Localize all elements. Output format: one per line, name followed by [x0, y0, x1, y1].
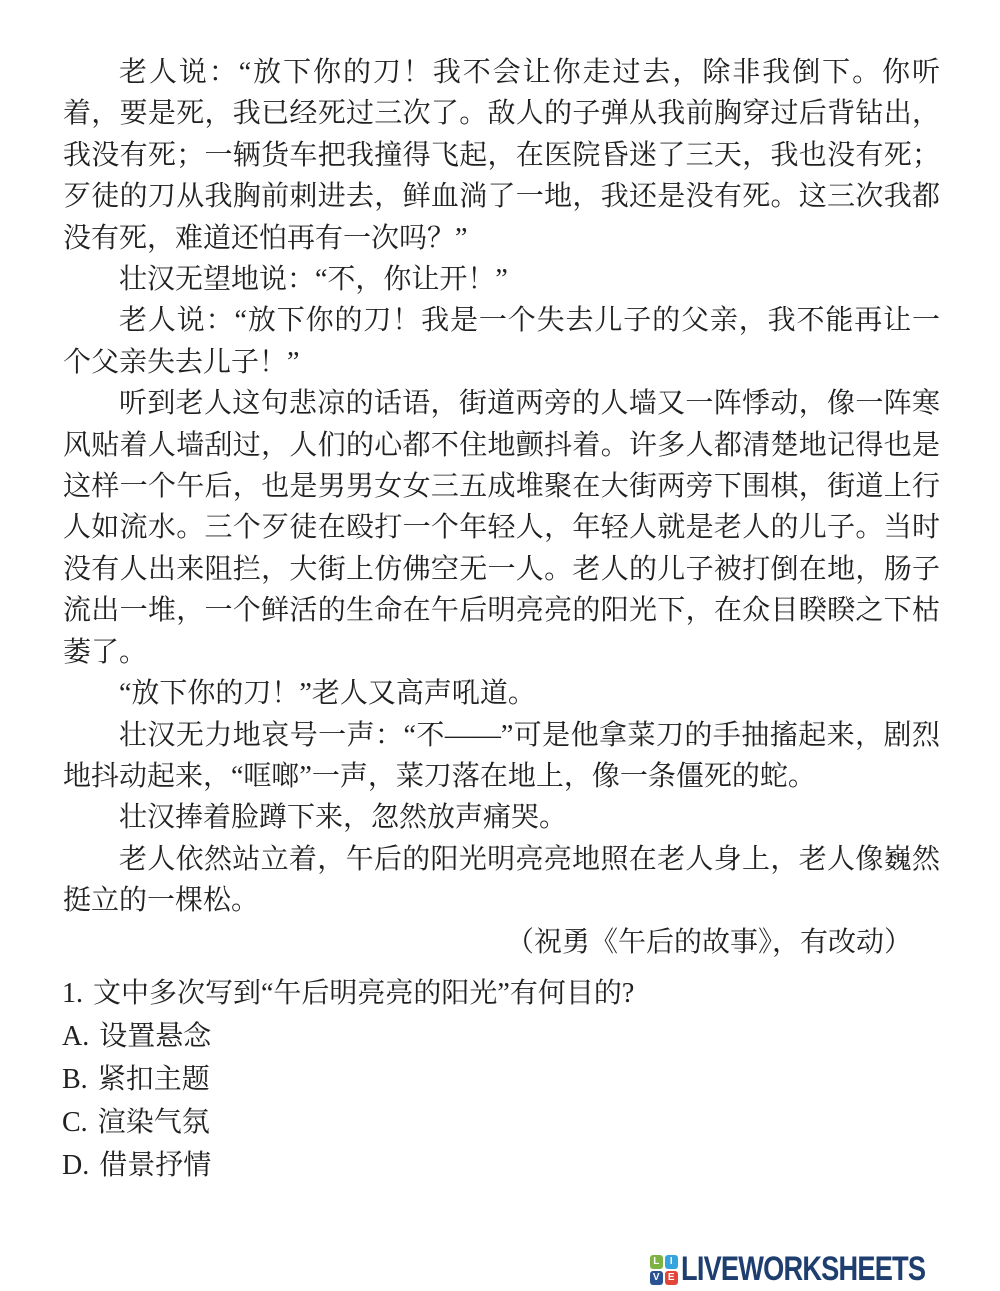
story-paragraph-3: 老人说：“放下你的刀！我是一个失去儿子的父亲，我不能再让一个父亲失去儿子！” — [63, 300, 940, 383]
option-d-text: 借景抒情 — [99, 1150, 211, 1181]
liveworksheets-grid-icon: L I V E — [650, 1255, 678, 1285]
question-text: 1.文中多次写到“午后明亮亮的阳光”有何目的? — [62, 972, 942, 1015]
option-d-label: D. — [62, 1150, 89, 1181]
option-b-text: 紧扣主题 — [98, 1064, 210, 1095]
option-c-label: C. — [62, 1107, 88, 1138]
logo-square-v: V — [650, 1271, 663, 1285]
liveworksheets-logo[interactable]: L I V E LIVEWORKSHEETS — [650, 1250, 986, 1289]
liveworksheets-wordmark: LIVEWORKSHEETS — [681, 1250, 925, 1289]
option-a-text: 设置悬念 — [99, 1021, 211, 1052]
answer-option-b[interactable]: B.紧扣主题 — [62, 1058, 942, 1101]
story-attribution: （祝勇《午后的故事》，有改动） — [63, 922, 940, 963]
logo-square-e: E — [665, 1271, 678, 1285]
option-b-label: B. — [62, 1064, 88, 1095]
option-c-text: 渲染气氛 — [98, 1107, 210, 1138]
story-paragraph-8: 老人依然站立着，午后的阳光明亮亮地照在老人身上，老人像巍然挺立的一棵松。 — [63, 839, 940, 922]
answer-option-d[interactable]: D.借景抒情 — [62, 1144, 942, 1187]
story-paragraph-5: “放下你的刀！”老人又高声吼道。 — [63, 673, 940, 714]
question-number: 1. — [62, 978, 83, 1009]
option-a-label: A. — [62, 1021, 89, 1052]
logo-square-i: I — [665, 1255, 678, 1269]
worksheet-page: 老人说：“放下你的刀！我不会让你走过去，除非我倒下。你听着，要是死，我已经死过三… — [0, 0, 1000, 1291]
story-paragraph-6: 壮汉无力地哀号一声：“不——”可是他拿菜刀的手抽搐起来，剧烈地抖动起来，“哐啷”… — [63, 715, 940, 798]
logo-square-l: L — [650, 1255, 663, 1269]
story-paragraph-7: 壮汉捧着脸蹲下来，忽然放声痛哭。 — [63, 797, 940, 838]
answer-option-c[interactable]: C.渲染气氛 — [62, 1101, 942, 1144]
question-block: 1.文中多次写到“午后明亮亮的阳光”有何目的? A.设置悬念 B.紧扣主题 C.… — [62, 972, 942, 1187]
question-body: 文中多次写到“午后明亮亮的阳光”有何目的? — [93, 978, 634, 1009]
answer-option-a[interactable]: A.设置悬念 — [62, 1015, 942, 1058]
story-text: 老人说：“放下你的刀！我不会让你走过去，除非我倒下。你听着，要是死，我已经死过三… — [63, 52, 940, 963]
story-paragraph-1: 老人说：“放下你的刀！我不会让你走过去，除非我倒下。你听着，要是死，我已经死过三… — [63, 52, 940, 259]
story-paragraph-4: 听到老人这句悲凉的话语，街道两旁的人墙又一阵悸动，像一阵寒风贴着人墙刮过，人们的… — [63, 383, 940, 673]
story-paragraph-2: 壮汉无望地说：“不，你让开！” — [63, 259, 940, 300]
